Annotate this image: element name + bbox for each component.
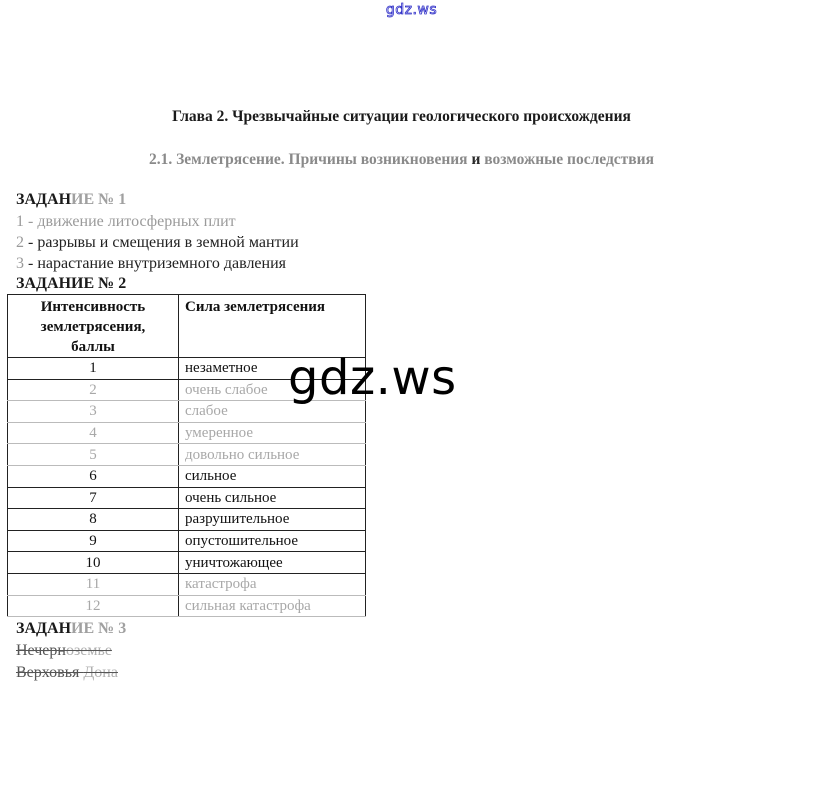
- header-line: баллы: [71, 339, 115, 355]
- heading-part: ИЕ № 3: [71, 620, 126, 637]
- cell-strength: разрушительное: [179, 509, 366, 531]
- table-row: 5довольно сильное: [8, 444, 366, 466]
- item-text: Дона: [83, 664, 118, 681]
- cell-strength: сильная катастрофа: [179, 595, 366, 617]
- table-row: 10уничтожающее: [8, 552, 366, 574]
- cell-score: 12: [8, 595, 179, 617]
- task3-heading: ЗАДАНИЕ № 3: [16, 620, 126, 638]
- cell-score: 7: [8, 487, 179, 509]
- watermark: gdz.ws: [288, 350, 457, 406]
- header-line: землетрясения,: [41, 319, 146, 335]
- cell-score: 5: [8, 444, 179, 466]
- heading-part: ЗАДАН: [16, 620, 71, 637]
- table-row: 6сильное: [8, 465, 366, 487]
- cell-strength: опустошительное: [179, 530, 366, 552]
- task2-heading: ЗАДАНИЕ № 2: [16, 275, 126, 293]
- item-text: Нечерн: [16, 642, 66, 659]
- cell-strength: сильное: [179, 465, 366, 487]
- header-line: Интенсивность: [41, 299, 145, 315]
- task1-item: 2 - разрывы и смещения в земной мантии: [16, 234, 299, 252]
- cell-strength: довольно сильное: [179, 444, 366, 466]
- table-row: 7очень сильное: [8, 487, 366, 509]
- cell-score: 9: [8, 530, 179, 552]
- cell-score: 4: [8, 422, 179, 444]
- cell-score: 8: [8, 509, 179, 531]
- heading-part: ЗАДАН: [16, 191, 71, 208]
- section-title: 2.1. Землетрясение. Причины возникновени…: [0, 151, 803, 169]
- task1-item: 3 - нарастание внутриземного давления: [16, 255, 286, 273]
- section-title-part: возможные последствия: [480, 151, 654, 168]
- item-text: оземье: [66, 642, 112, 659]
- cell-strength: очень сильное: [179, 487, 366, 509]
- site-link[interactable]: gdz.ws: [0, 2, 823, 18]
- item-number: 1: [16, 213, 24, 230]
- cell-score: 1: [8, 358, 179, 380]
- table-header-row: Интенсивность землетрясения, баллы Сила …: [8, 295, 366, 358]
- task1-item: 1 - движение литосферных плит: [16, 213, 236, 231]
- cell-score: 11: [8, 573, 179, 595]
- item-text: - движение литосферных плит: [24, 213, 236, 230]
- item-text: - нарастание внутриземного давления: [24, 255, 286, 272]
- table-row: 8разрушительное: [8, 509, 366, 531]
- cell-strength: уничтожающее: [179, 552, 366, 574]
- table-row: 9опустошительное: [8, 530, 366, 552]
- table-row: 12сильная катастрофа: [8, 595, 366, 617]
- task3-item: Нечерноземье: [16, 642, 112, 660]
- intensity-table: Интенсивность землетрясения, баллы Сила …: [7, 294, 366, 617]
- task3-item: Верховья Дона: [16, 664, 118, 682]
- cell-score: 3: [8, 401, 179, 423]
- table-row: 4умеренное: [8, 422, 366, 444]
- chapter-title: Глава 2. Чрезвычайные ситуации геологиче…: [0, 108, 803, 126]
- section-title-part: 2.1. Землетрясение. Причины возникновени…: [149, 151, 471, 168]
- cell-strength: умеренное: [179, 422, 366, 444]
- header-intensity: Интенсивность землетрясения, баллы: [8, 295, 179, 358]
- cell-score: 10: [8, 552, 179, 574]
- item-number: 3: [16, 255, 24, 272]
- cell-strength: катастрофа: [179, 573, 366, 595]
- table-row: 11катастрофа: [8, 573, 366, 595]
- heading-part: ИЕ № 1: [71, 191, 126, 208]
- item-text: Верховья: [16, 664, 83, 681]
- task1-heading: ЗАДАНИЕ № 1: [16, 191, 126, 209]
- header-strength: Сила землетрясения: [179, 295, 366, 358]
- item-number: 2: [16, 234, 24, 251]
- cell-score: 6: [8, 465, 179, 487]
- cell-score: 2: [8, 379, 179, 401]
- item-text: - разрывы и смещения в земной мантии: [24, 234, 299, 251]
